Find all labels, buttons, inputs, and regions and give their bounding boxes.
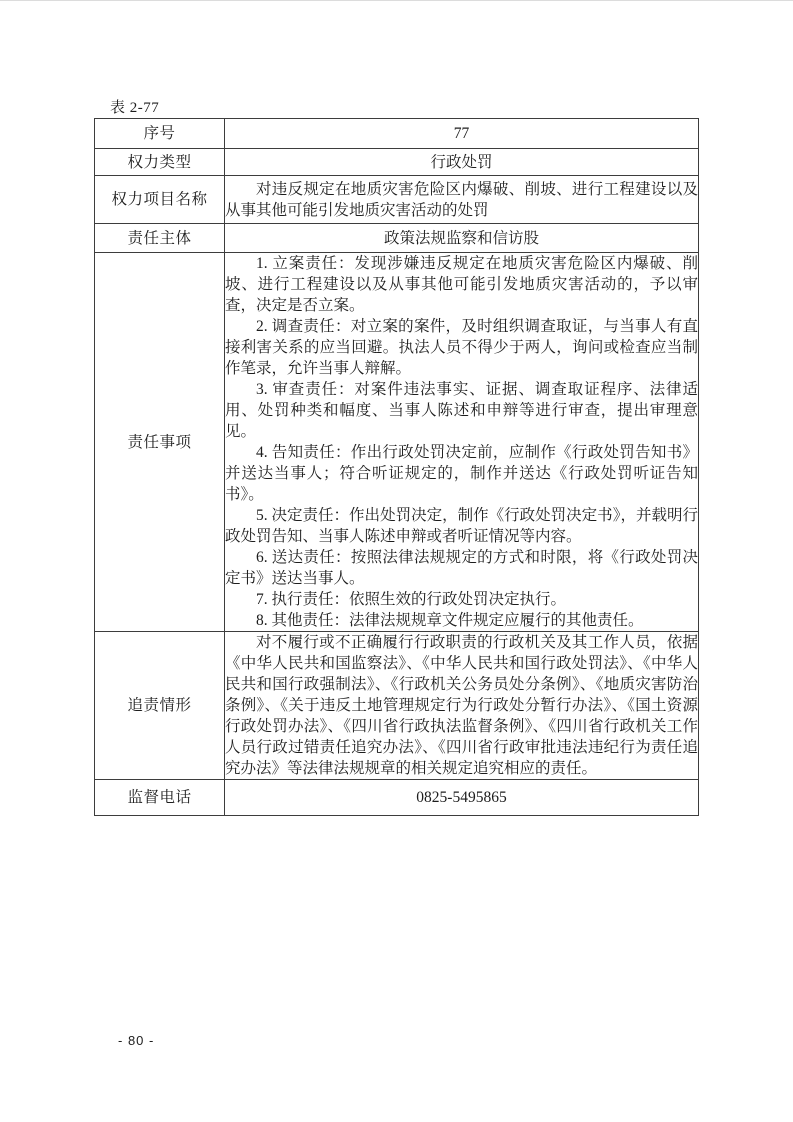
power-item-name-value: 对违反规定在地质灾害危险区内爆破、削坡、进行工程建设以及从事其他可能引发地质灾害…: [225, 179, 698, 221]
responsibility-item-8: 8. 其他责任：法律法规规章文件规定应履行的其他责任。: [225, 610, 698, 631]
responsibility-item-4: 4. 告知责任：作出行政处罚决定前，应制作《行政处罚告知书》并送达当事人；符合听…: [225, 442, 698, 505]
row-label: 责任事项: [95, 253, 225, 632]
row-label: 追责情形: [95, 632, 225, 780]
accountability-situations-text: 对不履行或不正确履行行政职责的行政机关及其工作人员，依据《中华人民共和国监察法》…: [225, 632, 698, 779]
row-label: 序号: [95, 119, 225, 149]
responsibility-item-3: 3. 审查责任：对案件违法事实、证据、调查取证程序、法律适用、处罚种类和幅度、当…: [225, 379, 698, 442]
document-page: 表 2-77 序号 77 权力类型 行政处罚 权力项目名称 对违反规定在地质灾害…: [0, 0, 793, 1122]
table-caption: 表 2-77: [110, 96, 159, 117]
responsibility-item-5: 5. 决定责任：作出处罚决定，制作《行政处罚决定书》，并载明行政处罚告知、当事人…: [225, 505, 698, 547]
responsibility-item-7: 7. 执行责任：依照生效的行政处罚决定执行。: [225, 589, 698, 610]
row-responsible-entity: 责任主体 政策法规监察和信访股: [95, 224, 699, 253]
responsibility-items-cell: 1. 立案责任：发现涉嫌违反规定在地质灾害危险区内爆破、削坡、进行工程建设以及从…: [225, 253, 699, 632]
row-accountability-situations: 追责情形 对不履行或不正确履行行政职责的行政机关及其工作人员，依据《中华人民共和…: [95, 632, 699, 780]
responsibility-item-1: 1. 立案责任：发现涉嫌违反规定在地质灾害危险区内爆破、削坡、进行工程建设以及从…: [225, 253, 698, 316]
row-label: 责任主体: [95, 224, 225, 253]
row-label: 监督电话: [95, 780, 225, 816]
row-serial-number: 序号 77: [95, 119, 699, 149]
row-label: 权力类型: [95, 149, 225, 176]
serial-number-value: 77: [225, 119, 699, 149]
responsible-entity-value: 政策法规监察和信访股: [225, 224, 699, 253]
page-number: - 80 -: [118, 1033, 154, 1048]
row-label: 权力项目名称: [95, 176, 225, 224]
power-item-name-cell: 对违反规定在地质灾害危险区内爆破、削坡、进行工程建设以及从事其他可能引发地质灾害…: [225, 176, 699, 224]
row-power-type: 权力类型 行政处罚: [95, 149, 699, 176]
responsibility-item-6: 6. 送达责任：按照法律法规规定的方式和时限，将《行政处罚决定书》送达当事人。: [225, 547, 698, 589]
responsibility-item-2: 2. 调查责任：对立案的案件，及时组织调查取证，与当事人有直接利害关系的应当回避…: [225, 316, 698, 379]
row-power-item-name: 权力项目名称 对违反规定在地质灾害危险区内爆破、削坡、进行工程建设以及从事其他可…: [95, 176, 699, 224]
row-responsibility-items: 责任事项 1. 立案责任：发现涉嫌违反规定在地质灾害危险区内爆破、削坡、进行工程…: [95, 253, 699, 632]
row-supervision-phone: 监督电话 0825-5495865: [95, 780, 699, 816]
power-type-value: 行政处罚: [225, 149, 699, 176]
power-item-table: 序号 77 权力类型 行政处罚 权力项目名称 对违反规定在地质灾害危险区内爆破、…: [94, 118, 699, 816]
supervision-phone-value: 0825-5495865: [225, 780, 699, 816]
accountability-situations-cell: 对不履行或不正确履行行政职责的行政机关及其工作人员，依据《中华人民共和国监察法》…: [225, 632, 699, 780]
